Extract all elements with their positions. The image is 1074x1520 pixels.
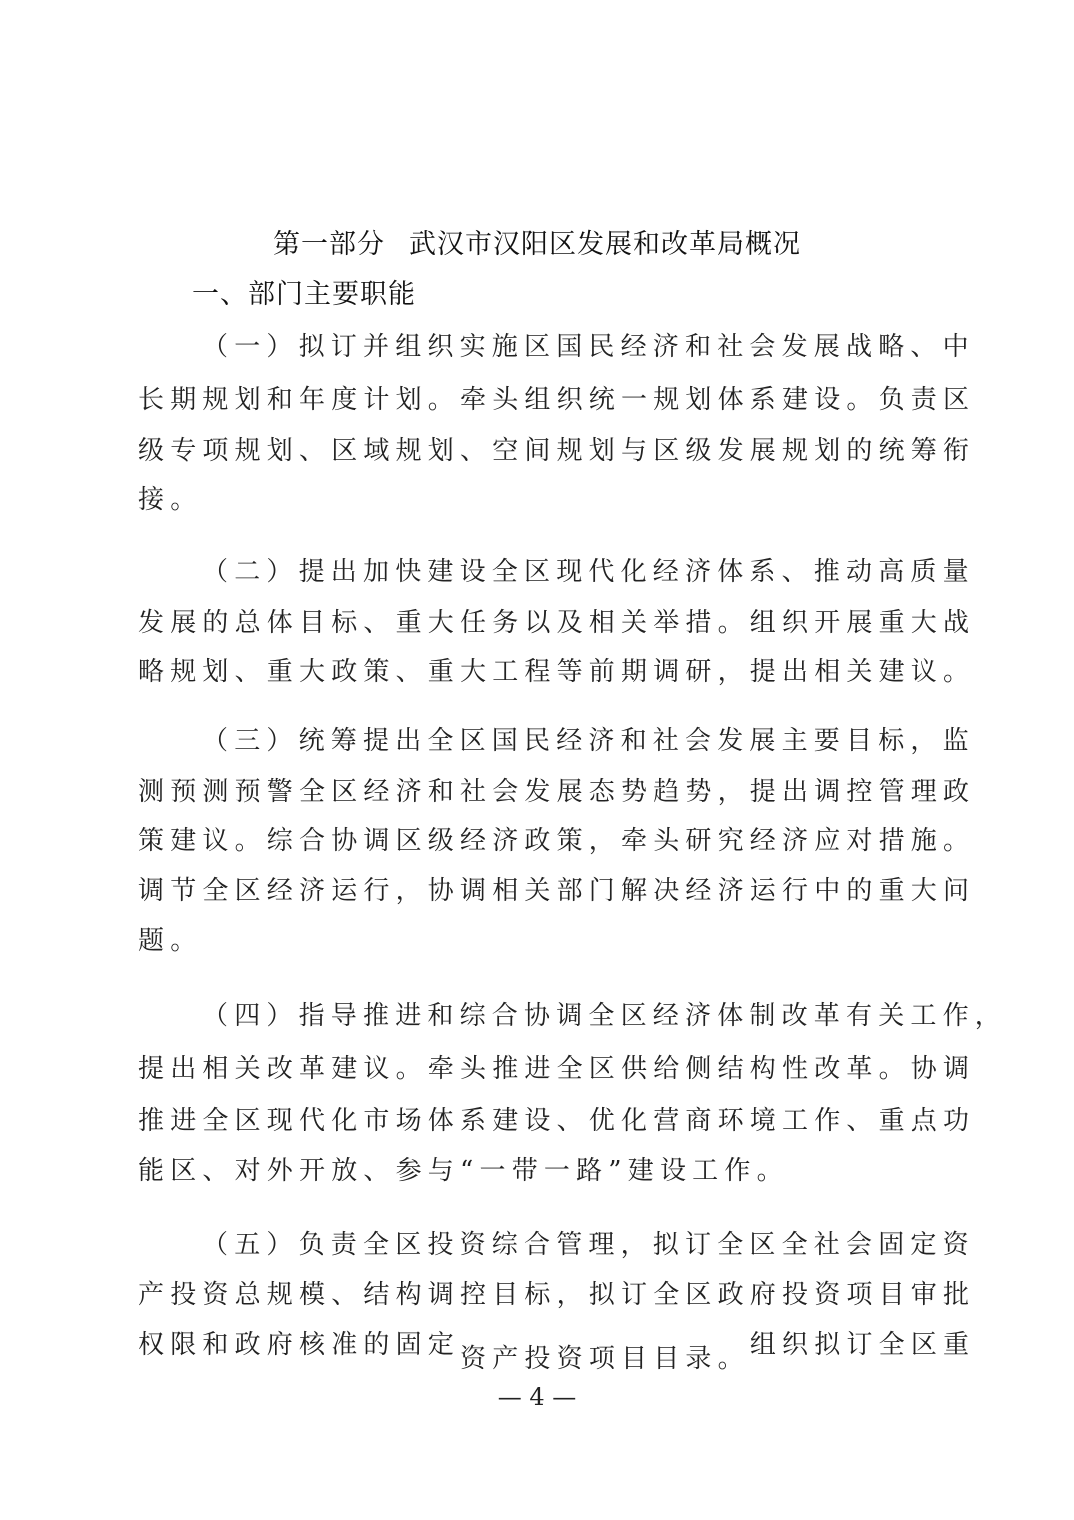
paragraph-3-line-4: 调节全区经济运行，协调相关部门解决经济运行中的重大问 [138,870,890,907]
paragraph-1-line-1: （一）拟订并组织实施区国民经济和社会发展战略、中 [202,326,890,363]
paragraph-5-line-3-part-b: 资产投资项目目录。 [460,1344,750,1374]
paragraph-5-line-2: 产投资总规模、结构调控目标，拟订全区政府投资项目审批 [138,1274,890,1311]
paragraph-3-line-5: 题。 [138,920,890,957]
paragraph-4-line-2: 提出相关改革建议。牵头推进全区供给侧结构性改革。协调 [138,1048,890,1085]
paragraph-3-line-2: 测预测预警全区经济和社会发展态势趋势，提出调控管理政 [138,771,890,808]
paragraph-1-line-4: 接。 [138,479,890,516]
paragraph-4-line-1: （四）指导推进和综合协调全区经济体制改革有关工作， [202,995,890,1032]
paragraph-2-line-3: 略规划、重大政策、重大工程等前期调研，提出相关建议。 [138,651,890,688]
paragraph-2-line-1: （二）提出加快建设全区现代化经济体系、推动高质量 [202,551,890,588]
part-title-name: 武汉市汉阳区发展和改革局概况 [409,229,801,260]
part-title: 第一部分武汉市汉阳区发展和改革局概况 [0,222,1074,261]
section-heading: 一、部门主要职能 [192,272,416,311]
paragraph-5-line-3-part-a: 权限和政府核准的固定 [138,1330,460,1360]
document-page: 第一部分武汉市汉阳区发展和改革局概况 一、部门主要职能 （一）拟订并组织实施区国… [0,0,1074,1520]
paragraph-3-line-3: 策建议。综合协调区级经济政策，牵头研究经济应对措施。 [138,820,890,857]
paragraph-5-line-1: （五）负责全区投资综合管理，拟订全区全社会固定资 [202,1224,890,1261]
paragraph-5-line-3: 权限和政府核准的固定资产投资项目目录。组织拟订全区重 [138,1324,890,1361]
paragraph-1-line-3: 级专项规划、区域规划、空间规划与区级发展规划的统筹衔 [138,430,890,467]
part-title-number: 第一部分 [273,229,385,260]
paragraph-4-line-4: 能区、对外开放、参与“一带一路”建设工作。 [138,1150,890,1187]
paragraph-1-line-2: 长期规划和年度计划。牵头组织统一规划体系建设。负责区 [138,379,890,416]
paragraph-4-line-3: 推进全区现代化市场体系建设、优化营商环境工作、重点功 [138,1100,890,1137]
paragraph-5-line-3-part-c: 组织拟订全区重 [750,1330,975,1360]
paragraph-3-line-1: （三）统筹提出全区国民经济和社会发展主要目标，监 [202,720,890,757]
paragraph-2-line-2: 发展的总体目标、重大任务以及相关举措。组织开展重大战 [138,602,890,639]
page-number: — 4 — [0,1383,1074,1411]
